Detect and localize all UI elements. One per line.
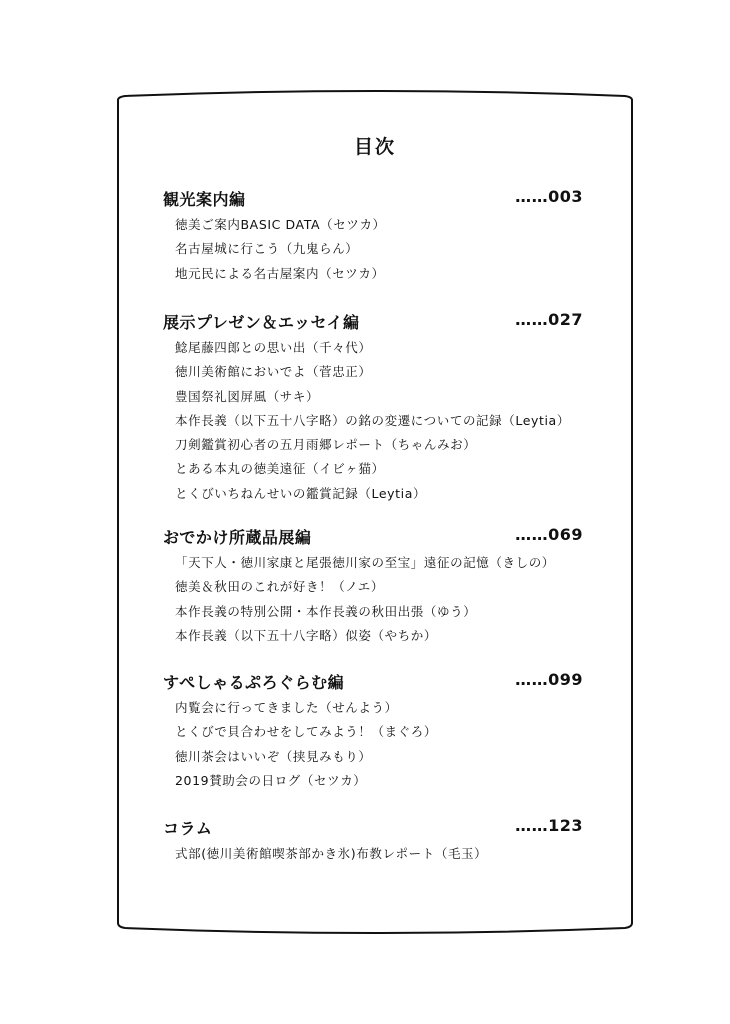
section-title[interactable]: おでかけ所蔵品展編 — [163, 525, 311, 548]
toc-section-outing-collection: おでかけ所蔵品展編 ……069 「天下人・徳川家康と尾張徳川家の至宝」遠征の記憶… — [163, 525, 583, 648]
toc-item[interactable]: 豊国祭礼図屏風（サキ） — [163, 385, 583, 409]
toc-item[interactable]: 徳美＆秋田のこれが好き！（ノエ） — [163, 575, 583, 599]
section-page-number[interactable]: ……027 — [515, 310, 583, 329]
toc-item[interactable]: とくびいちねんせいの鑑賞記録（Leytia） — [163, 482, 583, 506]
section-header: コラム ……123 — [163, 816, 583, 842]
section-title[interactable]: 観光案内編 — [163, 187, 246, 210]
toc-section-special-program: すぺしゃるぷろぐらむ編 ……099 内覧会に行ってきました（せんよう） とくびで… — [163, 670, 583, 793]
toc-item[interactable]: 「天下人・徳川家康と尾張徳川家の至宝」遠征の記憶（きしの） — [163, 551, 583, 575]
toc-item[interactable]: 内覧会に行ってきました（せんよう） — [163, 696, 583, 720]
section-page-number[interactable]: ……099 — [515, 670, 583, 689]
toc-item[interactable]: 2019賛助会の日ログ（セツカ） — [163, 769, 583, 793]
section-page-number[interactable]: ……003 — [515, 187, 583, 206]
toc-item[interactable]: とある本丸の徳美遠征（イビヶ猫） — [163, 457, 583, 481]
toc-item[interactable]: とくびで貝合わせをしてみよう！（まぐろ） — [163, 720, 583, 744]
page-title: 目次 — [0, 132, 730, 159]
section-header: おでかけ所蔵品展編 ……069 — [163, 525, 583, 551]
toc-item[interactable]: 本作長義（以下五十八字略）の銘の変遷についての記録（Leytia） — [163, 409, 583, 433]
section-page-number[interactable]: ……069 — [515, 525, 583, 544]
section-header: 観光案内編 ……003 — [163, 187, 583, 213]
section-title[interactable]: すぺしゃるぷろぐらむ編 — [163, 670, 344, 693]
toc-item[interactable]: 名古屋城に行こう（九鬼らん） — [163, 237, 583, 261]
toc-section-exhibit-essay: 展示プレゼン＆エッセイ編 ……027 鯰尾藤四郎との思い出（千々代） 徳川美術館… — [163, 310, 583, 506]
toc-item[interactable]: 徳川茶会はいいぞ（挟見みもり） — [163, 745, 583, 769]
toc-item[interactable]: 鯰尾藤四郎との思い出（千々代） — [163, 336, 583, 360]
toc-item[interactable]: 徳川美術館においでよ（菅忠正） — [163, 360, 583, 384]
section-title[interactable]: コラム — [163, 816, 212, 839]
section-header: 展示プレゼン＆エッセイ編 ……027 — [163, 310, 583, 336]
toc-item[interactable]: 徳美ご案内BASIC DATA（セツカ） — [163, 213, 583, 237]
toc-section-column: コラム ……123 式部(徳川美術館喫茶部かき氷)布教レポート（毛玉） — [163, 816, 583, 866]
section-title[interactable]: 展示プレゼン＆エッセイ編 — [163, 310, 360, 333]
toc-item[interactable]: 式部(徳川美術館喫茶部かき氷)布教レポート（毛玉） — [163, 842, 583, 866]
toc-item[interactable]: 本作長義（以下五十八字略）似姿（やちか） — [163, 624, 583, 648]
toc-item[interactable]: 本作長義の特別公開・本作長義の秋田出張（ゆう） — [163, 600, 583, 624]
toc-item[interactable]: 刀剣鑑賞初心者の五月雨郷レポート（ちゃんみお） — [163, 433, 583, 457]
toc-section-sightseeing: 観光案内編 ……003 徳美ご案内BASIC DATA（セツカ） 名古屋城に行こ… — [163, 187, 583, 286]
toc-item[interactable]: 地元民による名古屋案内（セツカ） — [163, 262, 583, 286]
section-header: すぺしゃるぷろぐらむ編 ……099 — [163, 670, 583, 696]
section-page-number[interactable]: ……123 — [515, 816, 583, 835]
